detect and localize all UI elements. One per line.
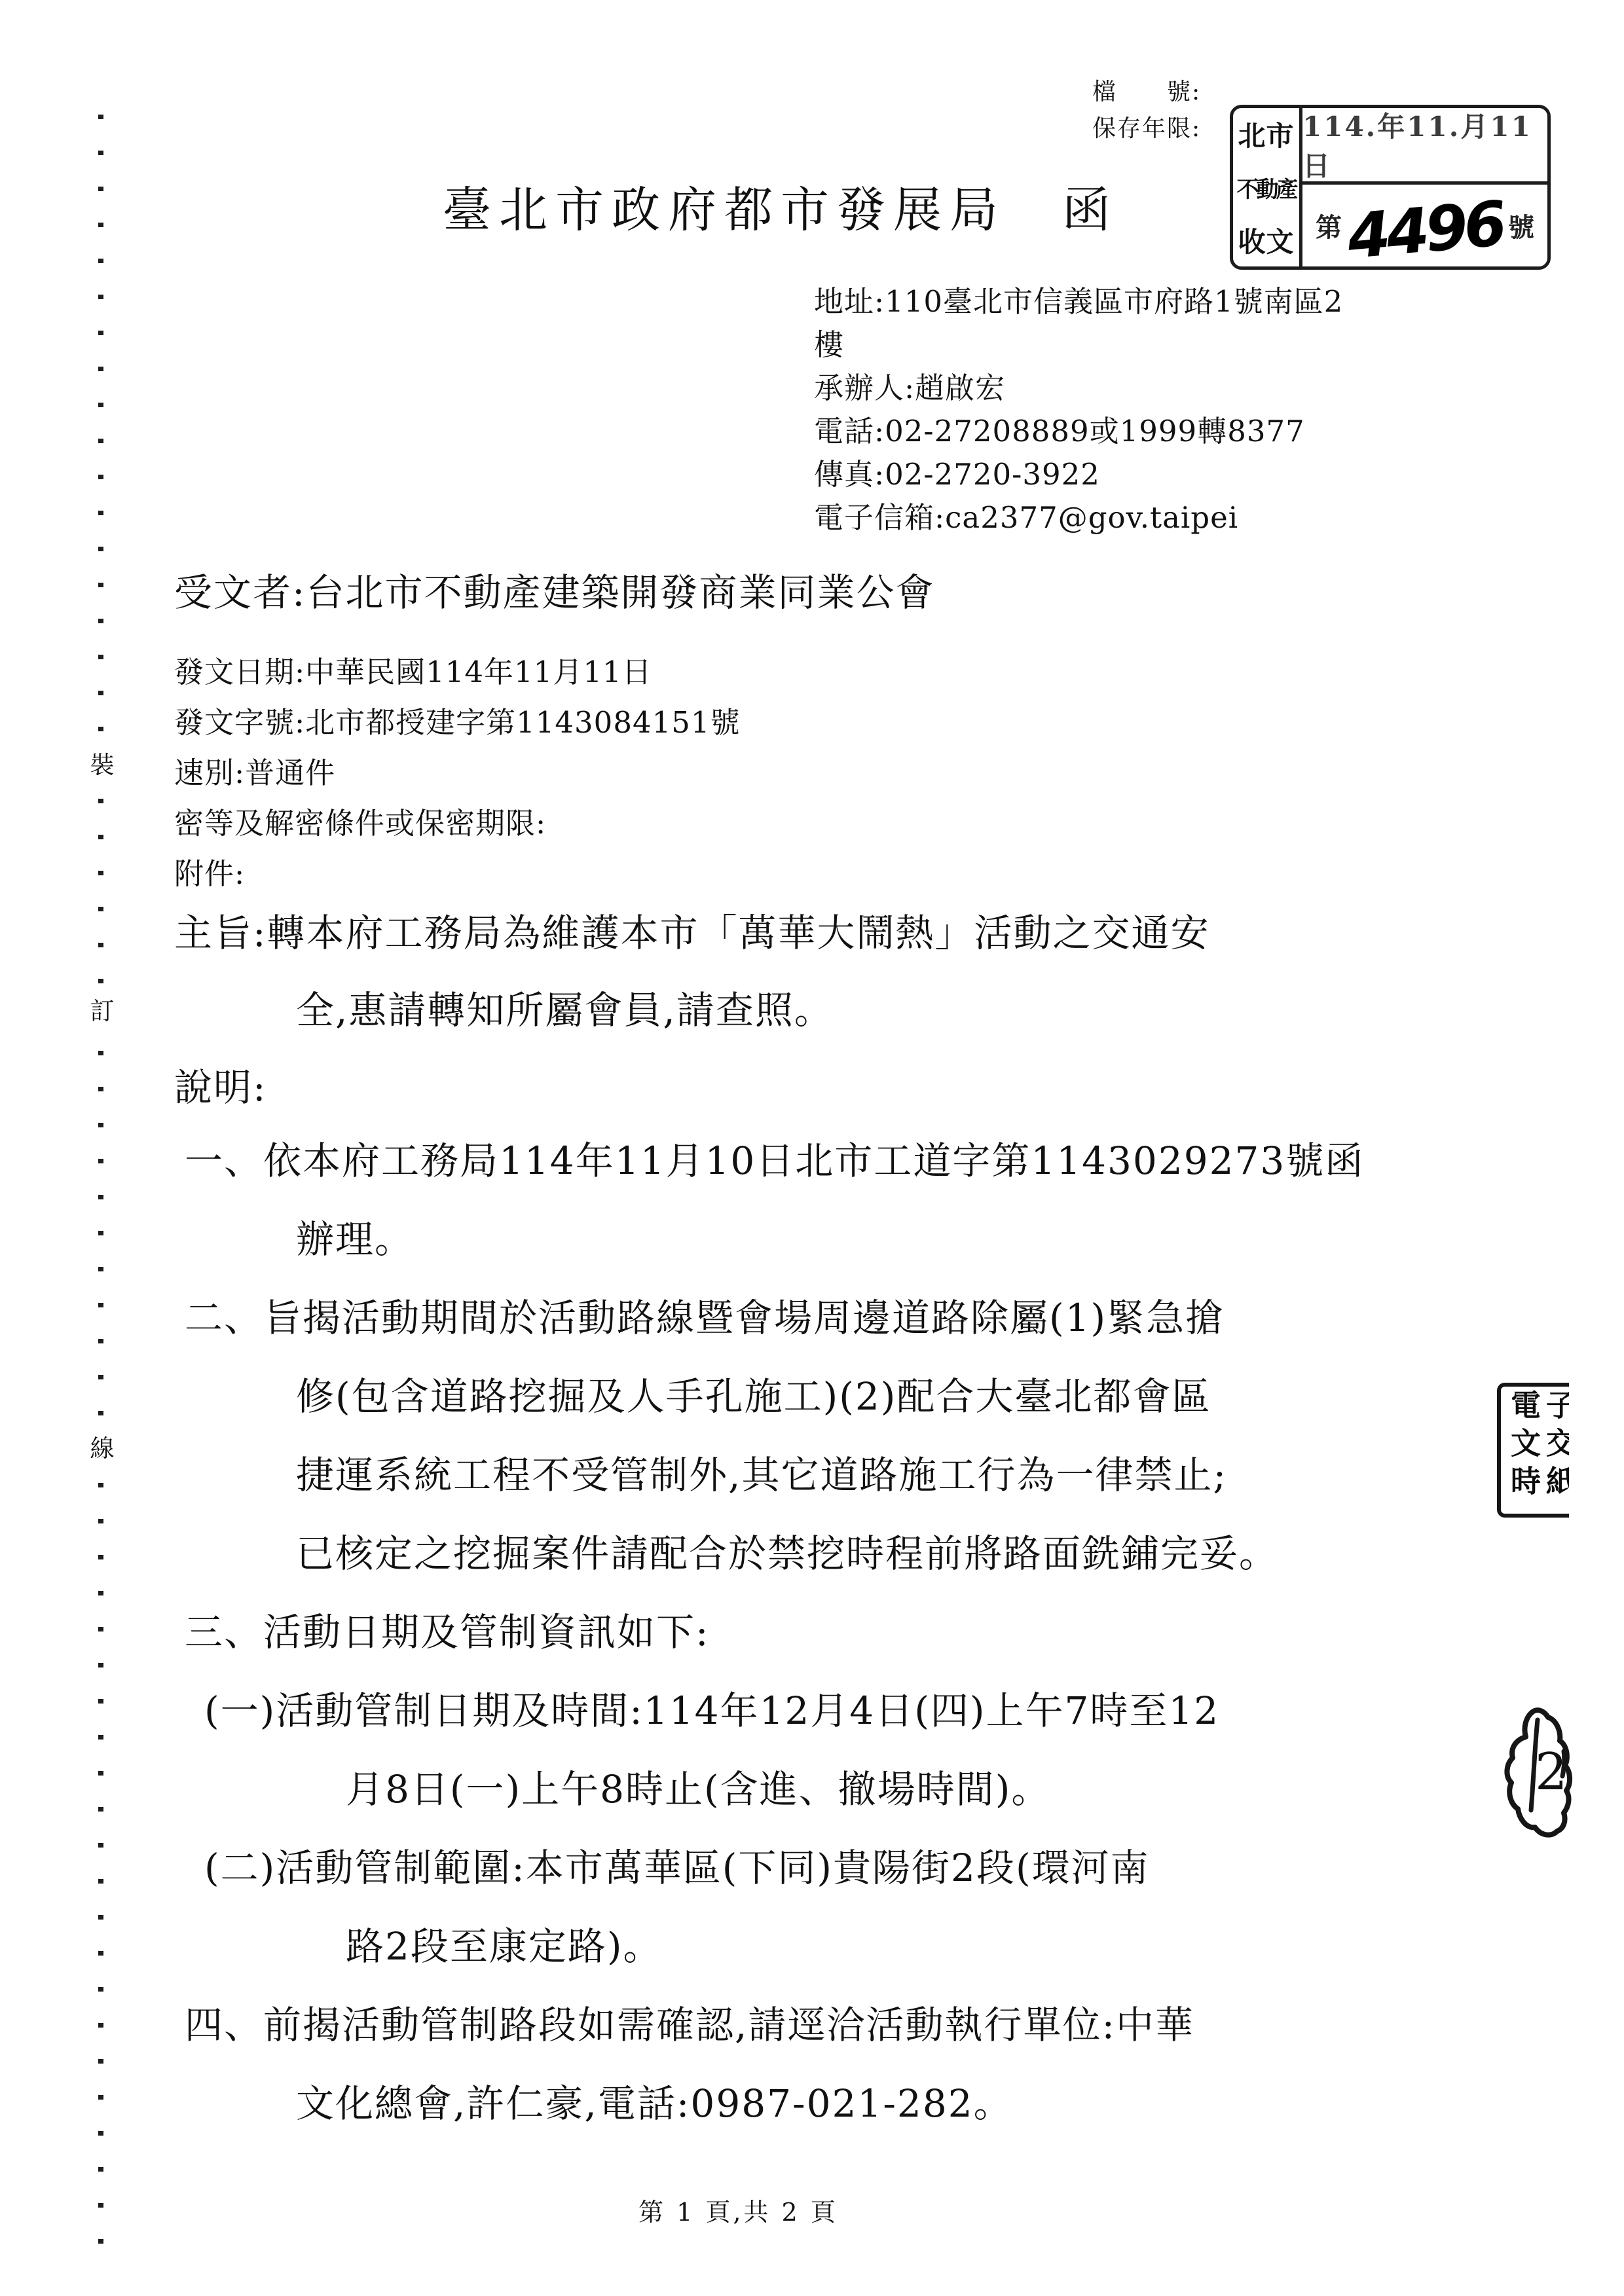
receipt-stamp-right: 114.年11.月11日 第 4496 號: [1302, 108, 1547, 266]
explanation-item-1-cont: 辦理。: [296, 1209, 414, 1264]
explanation-item-3: 三、活動日期及管制資訊如下:: [185, 1601, 710, 1656]
binding-mark-xian: 線: [89, 1430, 115, 1467]
page-footer: 第 1 頁,共 2 頁: [638, 2192, 838, 2228]
explanation-item-3-1-cont: 月8日(一)上午8時止(含進、撤場時間)。: [346, 1758, 1050, 1813]
efile-stamp-right-column: 子交紙: [1538, 1389, 1569, 1503]
scanned-official-letter: 裝 訂 線 檔 號: 保存年限: 北市 不動產 收文 114.年11.月11日 …: [0, 0, 1624, 2296]
receipt-stamp-org-line3: 收文: [1238, 221, 1294, 260]
explanation-item-3-2: (二)活動管制範圍:本市萬華區(下同)貴陽街2段(環河南: [204, 1837, 1150, 1892]
receipt-number-prefix: 第: [1316, 207, 1342, 244]
binding-mark-ding: 訂: [89, 993, 115, 1030]
receipt-stamp-number-row: 第 4496 號: [1302, 185, 1547, 266]
blob-number: 2: [1535, 1743, 1568, 1802]
doc-number-line: 發文字號:北市都授建字第1143084151號: [174, 699, 740, 741]
explanation-heading: 說明:: [174, 1057, 267, 1112]
archive-number-label: 檔 號:: [1092, 73, 1201, 107]
explanation-item-2-cont1: 修(包含道路挖掘及人手孔施工)(2)配合大臺北都會區: [296, 1366, 1211, 1421]
subject-line2: 全,惠請轉知所屬會員,請查照。: [296, 979, 834, 1034]
explanation-item-2-cont3: 已核定之挖掘案件請配合於禁挖時程前將路面銑鋪完妥。: [296, 1523, 1278, 1578]
receipt-stamp-date: 114.年11.月11日: [1302, 108, 1547, 185]
scan-artifact-blob: 2: [1501, 1705, 1593, 1846]
document-title: 臺北市政府都市發展局 函: [443, 172, 1118, 241]
sender-contact: 承辦人:趙啟宏: [814, 364, 1005, 407]
binding-dotted-line: [98, 115, 103, 2255]
explanation-item-2: 二、旨揭活動期間於活動路線暨會場周邊道路除屬(1)緊急搶: [185, 1287, 1225, 1342]
sender-address-line1: 地址:110臺北市信義區市府路1號南區2: [814, 278, 1343, 320]
explanation-item-4-cont: 文化總會,許仁豪,電話:0987-021-282。: [296, 2073, 1013, 2128]
subject-line1: 主旨:轉本府工務局為維護本市「萬華大鬧熱」活動之交通安: [174, 902, 1210, 957]
speed-class-line: 速別:普通件: [174, 749, 335, 792]
electronic-exchange-stamp: 電文時 子交紙: [1497, 1383, 1569, 1518]
explanation-item-3-1: (一)活動管制日期及時間:114年12月4日(四)上午7時至12: [204, 1680, 1219, 1735]
security-class-line: 密等及解密條件或保密期限:: [174, 799, 546, 842]
receipt-stamp-org: 北市 不動產 收文: [1233, 108, 1302, 266]
recipient-line: 受文者:台北市不動產建築開發商業同業公會: [174, 562, 935, 617]
explanation-item-1: 一、依本府工務局114年11月10日北市工道字第1143029273號函: [185, 1130, 1364, 1185]
issue-date-line: 發文日期:中華民國114年11月11日: [174, 648, 652, 691]
sender-fax: 傳真:02-2720-3922: [814, 450, 1100, 493]
explanation-item-2-cont2: 捷運系統工程不受管制外,其它道路施工行為一律禁止;: [296, 1444, 1227, 1499]
explanation-item-4: 四、前揭活動管制路段如需確認,請逕洽活動執行單位:中華: [185, 1994, 1194, 2049]
attachment-line: 附件:: [174, 850, 245, 892]
sender-phone: 電話:02-27208889或1999轉8377: [814, 407, 1305, 450]
sender-address-line2: 樓: [814, 321, 844, 363]
receipt-stamp-org-line2: 不動產: [1237, 172, 1296, 204]
receipt-stamp: 北市 不動產 收文 114.年11.月11日 第 4496 號: [1230, 105, 1551, 270]
sender-email: 電子信箱:ca2377@gov.taipei: [814, 494, 1238, 536]
receipt-number-suffix: 號: [1508, 207, 1534, 244]
explanation-item-3-2-cont: 路2段至康定路)。: [346, 1916, 663, 1971]
receipt-number-handwritten: 4496: [1345, 189, 1506, 273]
binding-mark-zhuang: 裝: [89, 746, 115, 784]
receipt-stamp-org-line1: 北市: [1238, 115, 1294, 154]
retention-period-label: 保存年限:: [1092, 110, 1201, 143]
